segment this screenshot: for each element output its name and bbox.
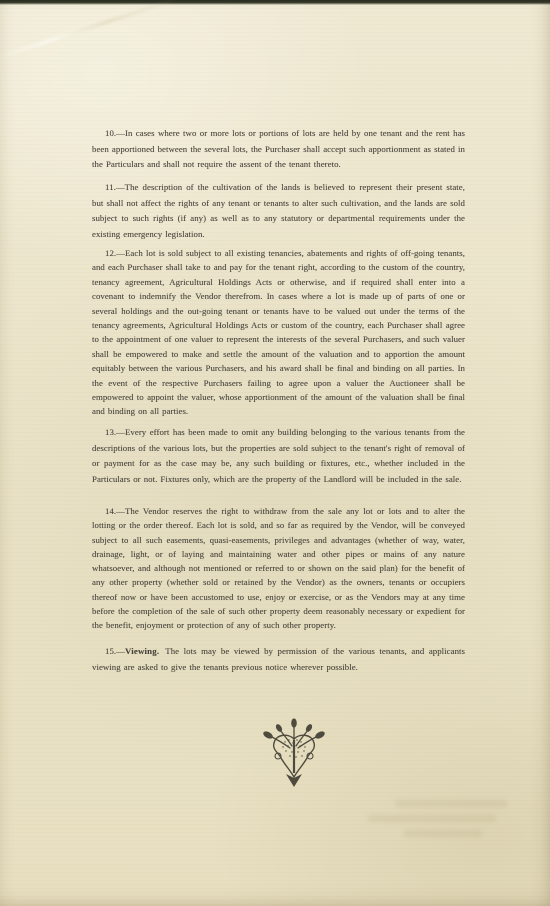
clause-14-text: The Vendor reserves the right to withdra… — [92, 506, 465, 630]
clause-11-text: The description of the cultivation of th… — [92, 182, 465, 239]
clause-11: 11.—The description of the cultivation o… — [92, 180, 465, 242]
clause-14: 14.—The Vendor reserves the right to wit… — [92, 504, 465, 633]
clause-15-viewing: 15.—Viewing.The lots may be viewed by pe… — [92, 644, 465, 675]
clause-10: 10.—In cases where two or more lots or p… — [92, 126, 465, 173]
scanned-page: 10.—In cases where two or more lots or p… — [0, 0, 550, 906]
clause-13-number: 13.— — [105, 427, 125, 437]
clause-15-lead: Viewing. — [125, 646, 159, 656]
clause-10-text: In cases where two or more lots or porti… — [92, 128, 465, 169]
clause-14-number: 14.— — [105, 506, 125, 516]
clause-11-number: 11.— — [105, 182, 125, 192]
clause-10-number: 10.— — [105, 128, 125, 138]
clause-13-text: Every effort has been made to omit any b… — [92, 427, 465, 484]
clause-12-number: 12.— — [105, 248, 125, 258]
clause-12: 12.—Each lot is sold subject to all exis… — [92, 246, 465, 419]
clause-15-number: 15.— — [105, 646, 125, 656]
printer-tailpiece-icon — [261, 716, 327, 794]
clause-13: 13.—Every effort has been made to omit a… — [92, 425, 465, 487]
clause-12-text: Each lot is sold subject to all existing… — [92, 248, 465, 416]
